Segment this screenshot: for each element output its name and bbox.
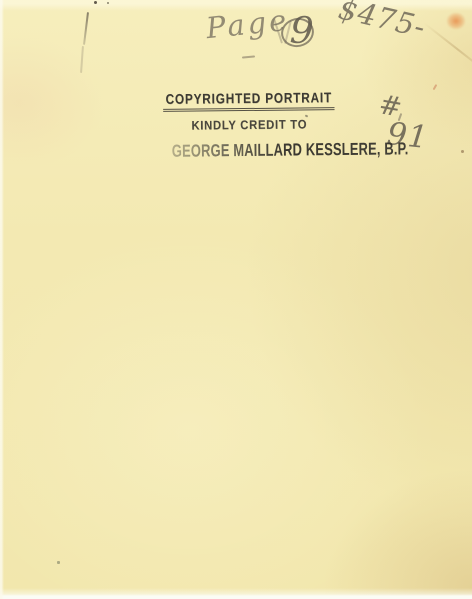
ink-speck [107,2,109,4]
ink-speck [94,1,97,4]
handwriting-page-word: Page [205,6,291,44]
stamp-line-copyrighted-portrait: COPYRIGHTED PORTRAIT [163,89,335,112]
stamp-line-photographer-name: GEORGE MAILLARD KESSLERE, B.P. [172,138,409,161]
stamp-row: COPYRIGHTED PORTRAIT [130,89,368,112]
photo-back-scan: Page 9 $475- # 91 COPYRIGHTED PORTRAIT K… [0,0,472,599]
stamp-row: KINDLY CREDIT TO [130,110,368,135]
handwriting-page-number: 9 [289,11,314,49]
paper-speck [57,561,60,564]
paper-speck [461,150,464,153]
stamp-line-kindly-credit: KINDLY CREDIT TO [191,117,307,132]
orange-stain-spot [446,12,466,30]
stamp-row: GEORGE MAILLARD KESSLERE, B.P. [130,133,368,162]
copyright-stamp: COPYRIGHTED PORTRAIT KINDLY CREDIT TO GE… [130,89,369,162]
